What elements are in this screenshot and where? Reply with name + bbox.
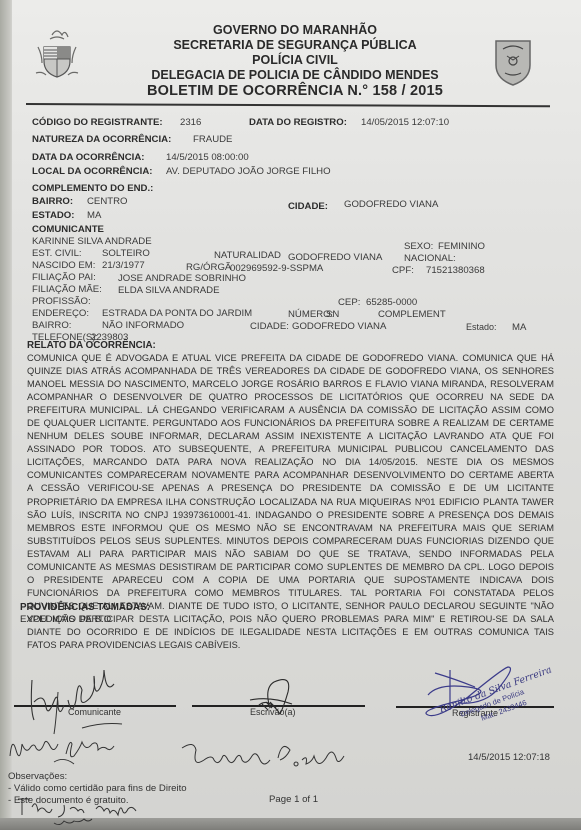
relato-line: FUNCIONÁRIOS DA PREFEITURA COMO MEMBROS …: [27, 587, 554, 600]
complement-label: COMPLEMENT: [378, 309, 446, 320]
est-civil-value: SOLTEIRO: [102, 248, 150, 259]
observacoes: Observações: - Válido como certidão para…: [8, 781, 187, 807]
relato-line: PROPRIETÁRIO DA EMPRESA ILHA CONSTRUÇÃO …: [27, 496, 554, 509]
relato-line: MEMBROS ESTE INFORMOU QUE OS MESMO NÃO S…: [27, 522, 554, 535]
observacao-1: - Válido como certidão para fins de Dire…: [8, 783, 187, 795]
relato-line: ESTAVAM ALI PARA PARTICIPAR MAIS NÃO SAB…: [27, 548, 554, 561]
data-ocorrencia-label: DATA DA OCORRÊNCIA:: [32, 152, 144, 163]
comunicante-estado-value: MA: [512, 322, 526, 333]
police-badge-icon: [493, 37, 533, 87]
natureza-label: NATUREZA DA OCORRÊNCIA:: [32, 134, 171, 145]
est-civil-label: EST. CIVIL:: [32, 248, 82, 259]
cpf-label: CPF:: [392, 265, 414, 276]
complemento-label: COMPLEMENTO DO END.:: [32, 183, 153, 194]
endereco-label: ENDEREÇO:: [32, 308, 89, 319]
vereador-signature-1: [6, 728, 156, 768]
data-ocorrencia-value: 14/5/2015 08:00:00: [166, 152, 249, 163]
document-title: BOLETIM DE OCORRÊNCIA N.° 158 / 2015: [110, 84, 480, 99]
profissao-label: PROFISSÃO:: [32, 296, 91, 307]
endereco-value: ESTRADA DA PONTA DO JARDIM: [102, 308, 252, 319]
providencias-value: EXPEDIÇÃO DE B.O: [20, 614, 111, 625]
registrante-datetime: 14/5/2015 12:07:18: [468, 752, 550, 763]
escrivao-signature: [240, 668, 300, 718]
cep-value: 65285-0000: [366, 297, 417, 308]
document-header: GOVERNO DO MARANHÃO SECRETARIA DE SEGURA…: [110, 23, 480, 99]
relato-line: DE QUALQUER LICITANTE. PERGUNTADO AOS FU…: [27, 417, 554, 430]
relato-line: MANOEL MESSIA DO NASCIMENTO, MARCELO JOR…: [27, 378, 554, 391]
rg-label: RG/ÓRGÃ: [186, 262, 231, 273]
comunicante-section-label: COMUNICANTE: [32, 224, 104, 235]
sexo-label: SEXO:: [404, 241, 433, 252]
comunicante-name: KARINNE SILVA ANDRADE: [32, 236, 152, 247]
mae-value: ELDA SILVA ANDRADE: [118, 285, 220, 296]
header-police: POLÍCIA CIVIL: [110, 53, 480, 68]
cep-label: CEP:: [338, 297, 360, 308]
relato-line: NENHUM DELES SOUBE INFORMAR, DECLARAM AS…: [27, 430, 554, 443]
cidade-value: GODOFREDO VIANA: [344, 199, 438, 210]
relato-line: SUBSTITUÍDOS PELOS SEUS SUPLENTES. MINUT…: [27, 535, 554, 548]
header-government: GOVERNO DO MARANHÃO: [110, 23, 480, 38]
comunicante-bairro-label: BAIRRO:: [32, 320, 71, 331]
comunicante-bairro-value: NÃO INFORMADO: [102, 320, 184, 331]
estado-value: MA: [87, 210, 101, 221]
relato-line: SÃO LUÍS, INSCRITA NO CNPJ 193973610001-…: [27, 509, 554, 522]
header-secretariat: SECRETARIA DE SEGURANÇA PÚBLICA: [110, 38, 480, 53]
pai-label: FILIAÇÃO PAI:: [32, 272, 96, 283]
relato-line: ACOMPANHAR O DESENVOLVER DE QUATRO PROCE…: [27, 391, 554, 404]
header-precinct: DELEGACIA DE POLICIA DE CÂNDIDO MENDES: [110, 68, 480, 83]
observacao-2: - Este documento é gratuito.: [8, 795, 187, 807]
bairro-value: CENTRO: [87, 196, 128, 207]
relato-line: O PRESIDENTE APARECEU COM A COPIA DE UMA…: [27, 574, 554, 587]
numero-value: SN: [326, 309, 339, 320]
nascido-label: NASCIDO EM:: [32, 260, 95, 271]
sexo-value: FEMININO: [438, 241, 485, 252]
cidade-label: CIDADE:: [288, 201, 328, 212]
state-coat-of-arms-icon: [32, 25, 82, 83]
bairro-label: BAIRRO:: [32, 196, 73, 207]
relato-line: ASSINADO POR TODOS. ATO SUBSEQUENTE, A P…: [27, 443, 554, 456]
relato-line: A CESSÃO VERIFICOU-SE APENAS A PRESENÇA …: [27, 482, 554, 495]
comunicante-estado-label: Estado:: [466, 322, 497, 332]
page-number: Page 1 of 1: [269, 794, 318, 805]
codigo-value: 2316: [180, 117, 201, 128]
nascido-value: 21/3/1977: [102, 260, 145, 271]
relato-line: COMUNICANTES COMPARECERAM NOVAMENTE PARA…: [27, 469, 554, 482]
naturalidade-label: NATURALIDAD: [214, 250, 281, 261]
nacional-label: NACIONAL:: [404, 253, 456, 264]
relato-line: FATOS PARA PROVIDENCIAS LEGAIS CABÍVEIS.: [27, 639, 554, 652]
relato-line: PREFEITURA MUNICIPAL. LÁ CHEGANDO VERIFI…: [27, 404, 554, 417]
providencias-title: PROVIDÊNCIAS TOMADAS:: [20, 602, 150, 613]
data-registro-value: 14/05/2015 12:07:10: [361, 117, 449, 128]
naturalidade-value: GODOFREDO VIANA: [288, 252, 382, 263]
relato-line: COMUNICANTE AS MESMAS DESISTIRAM DE PART…: [27, 561, 554, 574]
mae-label: FILIAÇÃO MÃE:: [32, 284, 102, 295]
data-registro-label: DATA DO REGISTRO:: [249, 117, 347, 128]
cpf-value: 71521380368: [426, 265, 485, 276]
natureza-value: FRAUDE: [193, 134, 232, 145]
local-label: LOCAL DA OCORRÊNCIA:: [32, 166, 152, 177]
relato-line: LICITAÇÕES, MARCANDO DATA PARA NOVA REAL…: [27, 456, 554, 469]
relato-line: COMUNICA QUE É ADVOGADA E ATUAL VICE PRE…: [27, 352, 554, 365]
local-value: AV. DEPUTADO JOÃO JORGE FILHO: [166, 166, 331, 177]
relato-title: RELATO DA OCORRÊNCIA:: [27, 340, 156, 351]
comunicante-cidade-label: CIDADE:: [250, 321, 289, 332]
vereador-signature-2: [178, 738, 358, 770]
pai-value: JOSE ANDRADE SOBRINHO: [118, 273, 246, 284]
observacoes-label: Observações:: [8, 771, 187, 783]
comunicante-cidade-value: GODOFREDO VIANA: [292, 321, 386, 332]
relato-line: DIANTE DO OCORRIDO E DE INDÍCIOS DE ILEG…: [27, 626, 554, 639]
estado-label: ESTADO:: [32, 210, 74, 221]
codigo-label: CÓDIGO DO REGISTRANTE:: [32, 117, 163, 128]
relato-line: QUINZE DIAS ATRÁS ACOMPANHADA DE TRÊS VE…: [27, 365, 554, 378]
